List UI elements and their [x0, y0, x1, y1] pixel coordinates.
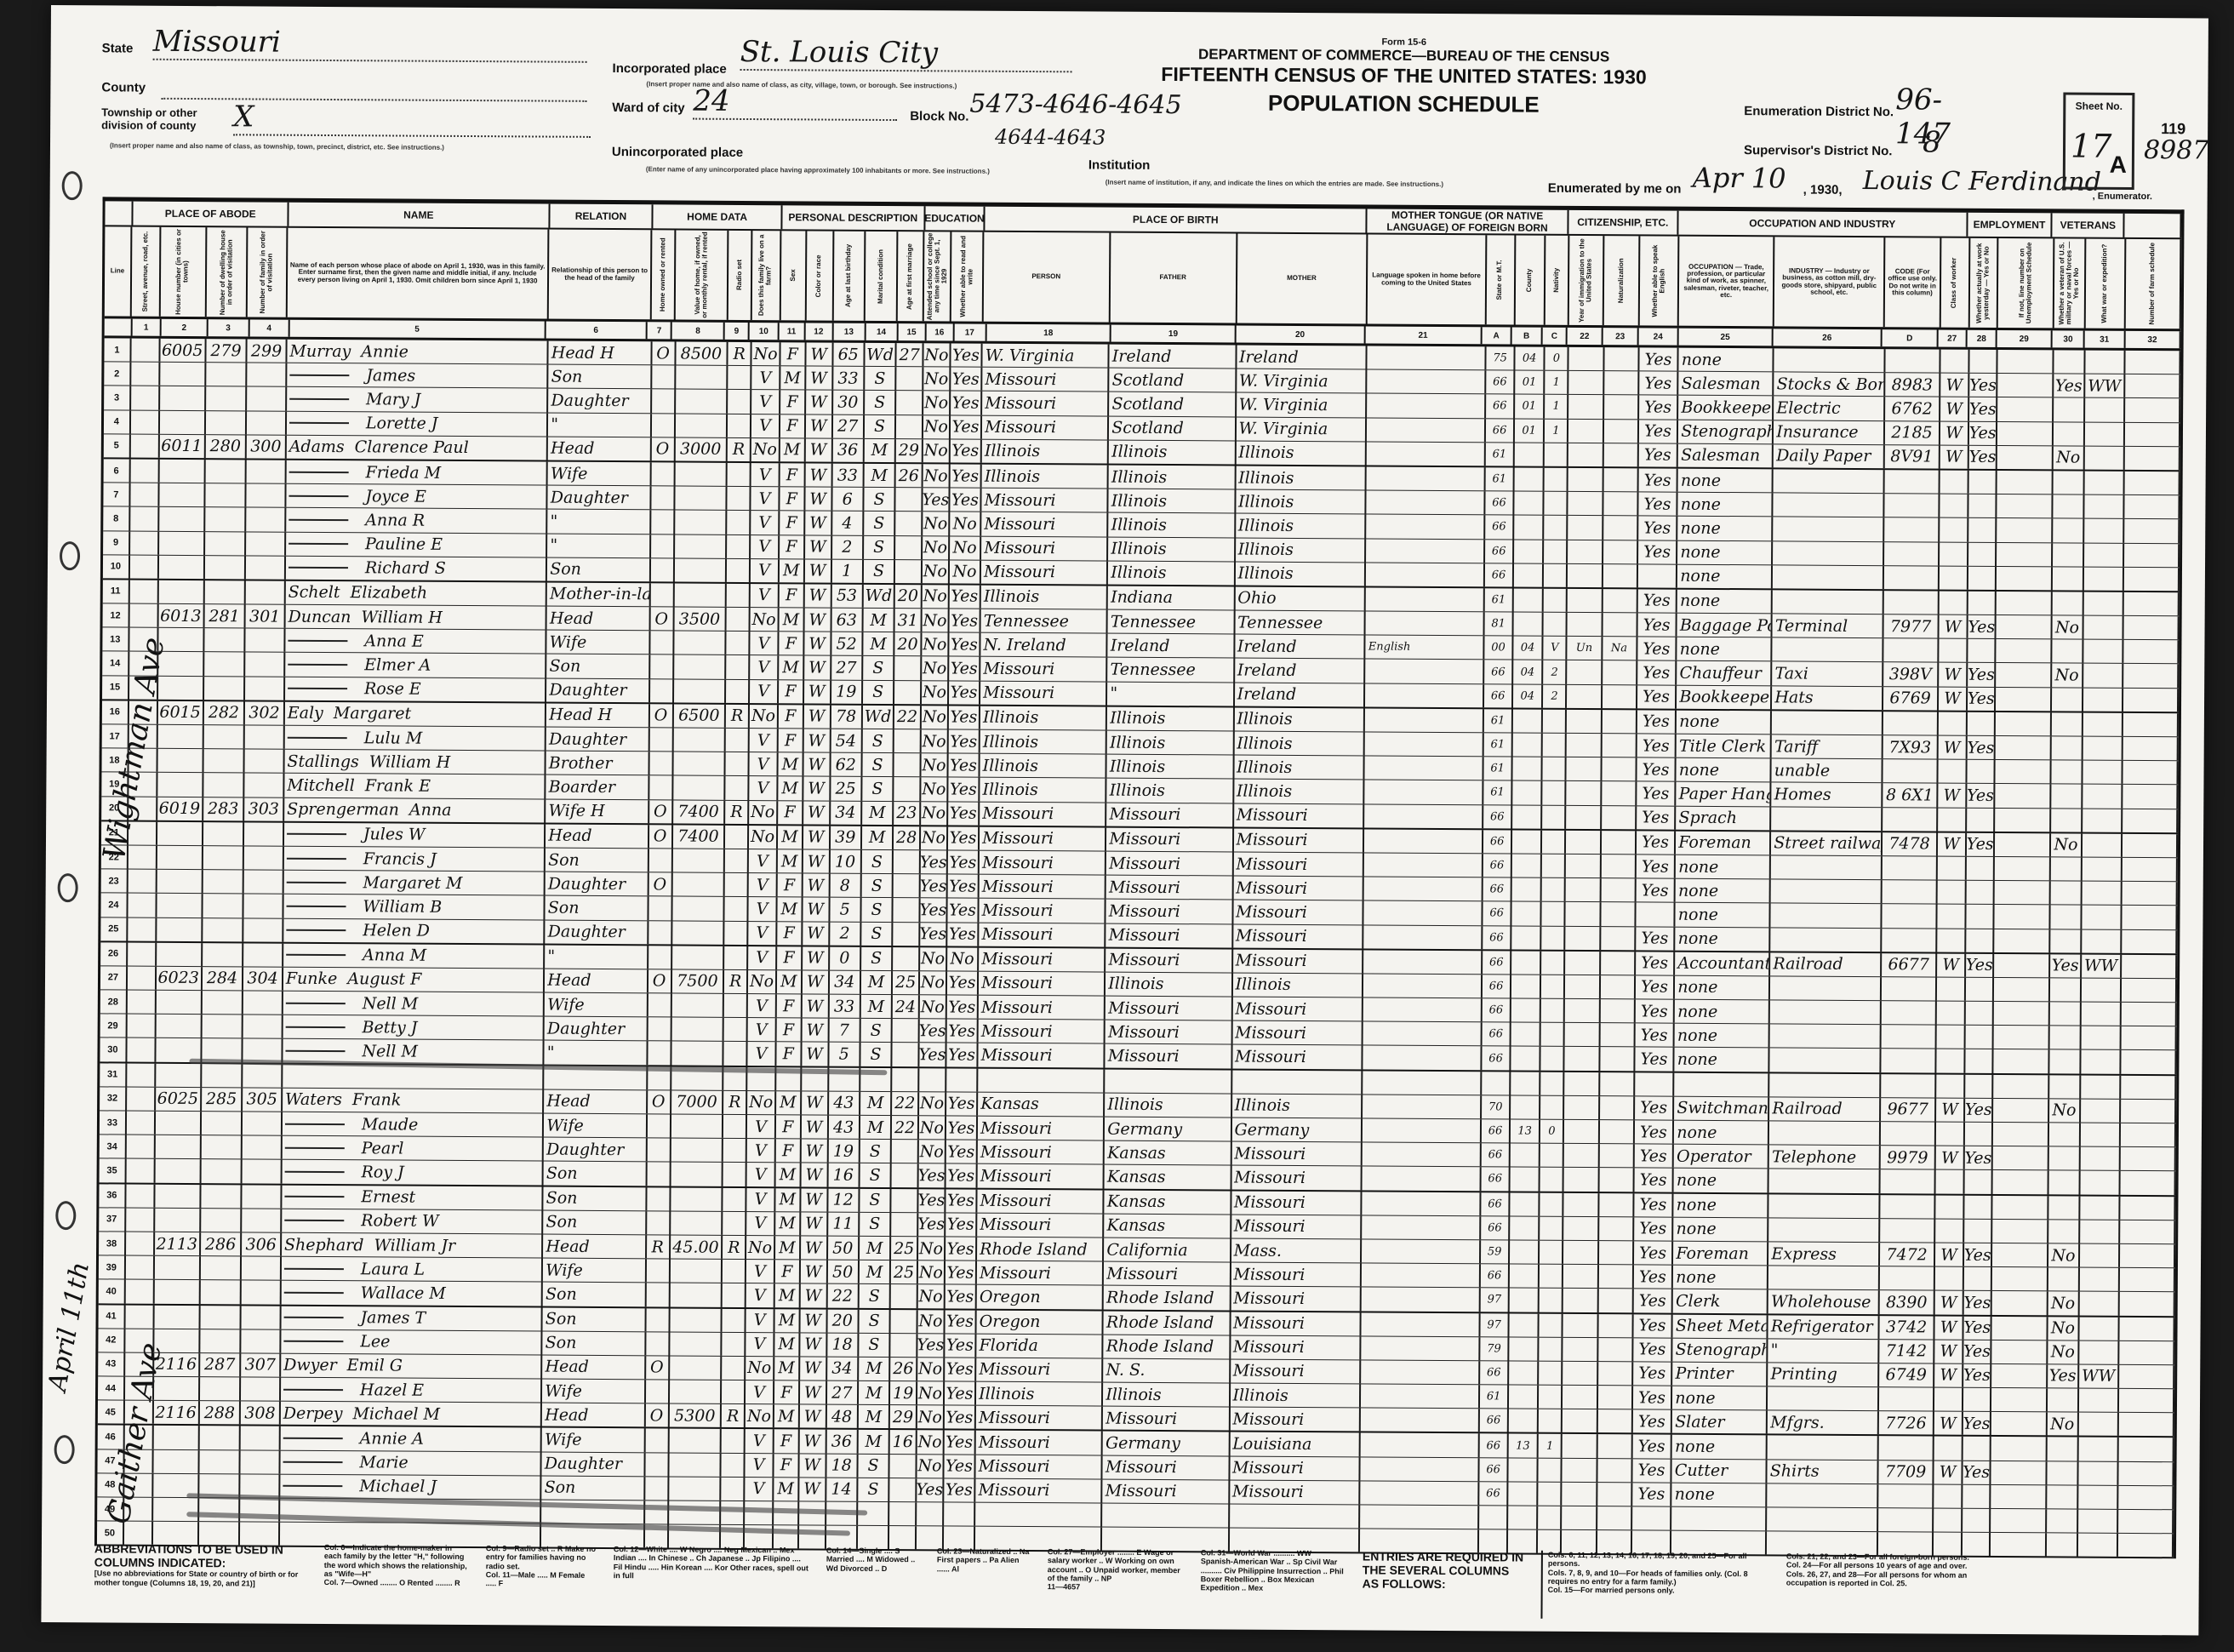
cell-relation: Daughter — [545, 1017, 648, 1041]
cell-dwelling — [203, 749, 245, 772]
cell-farm: V — [749, 897, 778, 920]
cell-immig — [1568, 564, 1603, 587]
cell-marital: S — [859, 1309, 891, 1332]
cell-mother: W. Virginia — [1236, 417, 1367, 441]
cell-class — [1937, 1049, 1966, 1072]
cell-name: DerpeyMichael M — [281, 1402, 543, 1426]
cell-family: 302 — [245, 701, 285, 724]
cell-owned — [652, 366, 676, 389]
cell-race: W — [806, 391, 833, 414]
cell-line: 21 — [101, 821, 129, 844]
cell-house: 6015 — [157, 701, 203, 725]
cell-codeC: 1 — [1545, 419, 1568, 442]
cell-race: W — [804, 584, 831, 607]
cell-marital: S — [860, 1019, 893, 1042]
cell-class — [1934, 1484, 1963, 1507]
cell-relation: Wife — [547, 631, 650, 655]
cell-dwelling: 279 — [206, 339, 248, 362]
cell-marital: S — [862, 850, 894, 873]
cell-house — [156, 1112, 202, 1135]
cell-dwelling — [203, 894, 244, 917]
cell-war — [2080, 1268, 2120, 1291]
cell-radio — [725, 873, 749, 896]
column-number: 4 — [250, 319, 290, 336]
cell-codeD: 8 6X1 — [1883, 784, 1938, 808]
cell-race: W — [803, 970, 830, 993]
cell-relation: Son — [543, 1210, 646, 1234]
cell-age: 43 — [829, 1091, 861, 1114]
col14-note: Col. 14—Single .... S Married .... M Wid… — [826, 1546, 919, 1615]
cell-owned — [648, 1042, 671, 1065]
cell-value — [671, 1187, 723, 1211]
cell-codeB — [1514, 540, 1545, 563]
cell-codeC: V — [1544, 637, 1568, 660]
cell-read: No — [950, 536, 982, 559]
cell-codeC — [1542, 926, 1566, 949]
cell-street — [125, 1305, 154, 1328]
cell-school: No — [922, 633, 949, 656]
cell-house — [158, 580, 204, 604]
cell-vet — [2048, 1171, 2081, 1194]
cell-lang — [1365, 683, 1484, 707]
cell-school: No — [917, 1405, 945, 1428]
cell-age_marr: 27 — [897, 343, 924, 366]
cell-street — [129, 749, 157, 772]
cell-vet: No — [2048, 1292, 2080, 1315]
cell-sex: F — [779, 680, 804, 703]
cell-age: 54 — [831, 729, 863, 752]
cell-radio — [728, 487, 751, 510]
cell-house — [156, 991, 202, 1015]
cell-class — [1936, 1074, 1965, 1097]
cell-immig — [1564, 1192, 1599, 1215]
cell-radio: R — [723, 1236, 746, 1259]
cell-birth: Missouri — [980, 851, 1106, 875]
cell-father: Illinois — [1107, 779, 1234, 803]
cell-industry — [1770, 976, 1882, 1000]
column-header: If not, line number on Unemployment Sche… — [1998, 238, 2054, 328]
column-header: Whether actually at work yesterday — Yes… — [1969, 238, 1998, 328]
cell-radio — [721, 1478, 745, 1501]
cell-lang — [1365, 804, 1484, 828]
given-name: Annie A — [360, 1429, 424, 1448]
cell-dwelling — [206, 411, 248, 434]
cell-owned — [651, 486, 675, 509]
cell-line: 6 — [104, 459, 131, 482]
cell-house — [155, 1159, 201, 1183]
cell-read: Yes — [949, 633, 981, 656]
cell-race: W — [806, 342, 833, 365]
cell-school: No — [923, 415, 951, 438]
cell-dwelling: 280 — [205, 435, 247, 458]
cell-industry — [1770, 1049, 1882, 1072]
cell-codeC — [1540, 1216, 1564, 1239]
cell-codeC — [1543, 734, 1567, 757]
cell-house — [154, 1280, 200, 1304]
cell-codeB: 01 — [1515, 395, 1546, 418]
cell-farmno — [2121, 1100, 2176, 1123]
column-number: 19 — [1111, 325, 1237, 343]
cell-street — [129, 821, 157, 844]
cell-race: W — [805, 463, 832, 486]
cell-english: Yes — [1639, 347, 1679, 370]
cell-lang — [1363, 1022, 1483, 1046]
cell-school: Yes — [919, 1164, 946, 1187]
cell-work: Yes — [1963, 1340, 1992, 1363]
cell-natur — [1600, 1072, 1635, 1095]
cell-unemp — [1996, 784, 2051, 808]
cell-industry — [1770, 1073, 1882, 1097]
column-group-header — [2125, 214, 2182, 237]
cell-relation: Head — [546, 824, 648, 848]
cell-codeD: 7142 — [1879, 1340, 1934, 1363]
column-group-header: PERSONAL DESCRIPTION — [782, 205, 925, 230]
cell-codeB — [1514, 467, 1545, 490]
township-value: X — [233, 100, 591, 138]
cell-vet — [2052, 688, 2084, 711]
cell-street — [128, 991, 157, 1014]
cell-codeC — [1539, 1458, 1563, 1481]
cell-war — [2079, 1461, 2119, 1484]
cell-lang — [1365, 732, 1484, 756]
column-number: 27 — [1938, 330, 1968, 347]
cell-relation: Head — [547, 607, 650, 631]
cell-lang — [1363, 1215, 1482, 1239]
cell-farmno — [2121, 1123, 2176, 1147]
cell-codeA: 66 — [1485, 563, 1514, 586]
cell-occupation: none — [1672, 1435, 1768, 1459]
cell-birth: Missouri — [982, 392, 1109, 415]
cell-farm: V — [749, 873, 778, 896]
cell-line: 41 — [99, 1305, 126, 1328]
cell-codeD: 9677 — [1881, 1098, 1936, 1122]
cell-name: MurrayAnnie — [287, 340, 549, 364]
cell-war: WW — [2082, 954, 2122, 977]
cell-radio — [728, 463, 751, 486]
cell-immig — [1568, 468, 1603, 491]
cell-mother: Missouri — [1233, 924, 1364, 948]
given-name: Wallace M — [361, 1283, 446, 1303]
cell-father: Illinois — [1109, 489, 1236, 513]
cell-race: W — [804, 705, 831, 728]
cell-occupation: Printer — [1672, 1363, 1768, 1386]
cell-work: Yes — [1968, 615, 1997, 638]
cell-class: W — [1934, 1461, 1963, 1483]
cell-codeC — [1539, 1506, 1563, 1529]
cell-farm: V — [751, 632, 780, 655]
cell-lang — [1365, 708, 1484, 732]
cell-codeA: 75 — [1487, 346, 1516, 369]
cell-line: 12 — [103, 603, 130, 626]
cell-farm: V — [746, 1429, 774, 1452]
cell-family — [243, 1136, 283, 1159]
cell-street — [130, 531, 159, 554]
cell-race: W — [800, 1284, 827, 1307]
cell-relation: Head — [542, 1403, 645, 1427]
column-group-header: VETERANS — [2053, 213, 2125, 237]
cell-occupation: none — [1677, 564, 1773, 588]
cell-codeC — [1544, 589, 1568, 612]
cell-codeD: 6769 — [1883, 687, 1939, 711]
cell-farmno — [2123, 809, 2178, 832]
cell-dwelling — [200, 1377, 242, 1400]
cell-unemp — [1995, 905, 2050, 929]
cell-codeB — [1512, 781, 1543, 804]
column-header-label: Number of family in order of visitation — [260, 229, 274, 317]
cell-birth: Oregon — [977, 1285, 1104, 1309]
cell-dwelling: 285 — [202, 1088, 243, 1111]
cell-immig — [1567, 685, 1602, 708]
cell-dwelling — [204, 653, 246, 676]
cell-value — [673, 752, 726, 776]
cell-unemp — [1998, 397, 2054, 421]
cell-english: Yes — [1638, 468, 1678, 491]
cell-street — [129, 580, 158, 603]
cell-read: Yes — [945, 1406, 977, 1429]
column-number: 11 — [780, 323, 806, 340]
cell-owned — [651, 414, 675, 437]
cell-codeD — [1881, 1074, 1936, 1098]
cell-marital: M — [860, 1237, 892, 1260]
cell-class — [1938, 808, 1967, 831]
cell-name: Betty J — [283, 1015, 545, 1040]
cell-unemp — [1997, 518, 2053, 542]
ward-label: Ward of city — [612, 100, 684, 116]
cell-natur — [1597, 1483, 1632, 1506]
cell-class: W — [1934, 1340, 1963, 1363]
cell-codeC — [1541, 1023, 1565, 1046]
cell-street — [131, 386, 160, 409]
cell-immig — [1565, 975, 1600, 998]
cell-english: Yes — [1632, 1459, 1672, 1482]
cell-war — [2080, 1244, 2120, 1267]
cell-race: W — [803, 753, 831, 776]
cell-codeA: 59 — [1481, 1240, 1510, 1263]
cell-occupation: none — [1673, 1266, 1768, 1289]
cell-radio — [724, 921, 748, 944]
cell-house — [155, 1184, 201, 1208]
cell-lang — [1368, 346, 1487, 369]
cell-farm: V — [751, 390, 780, 413]
cell-work: Yes — [1964, 1243, 1993, 1266]
cell-work — [1963, 1437, 1991, 1460]
cell-farm: V — [745, 1478, 774, 1501]
column-header: Age at first marriage — [897, 232, 925, 321]
cell-immig — [1566, 831, 1601, 854]
cell-read: Yes — [946, 1189, 978, 1212]
cell-dwelling — [204, 628, 246, 651]
cell-work — [1965, 1049, 1994, 1072]
cell-relation: Son — [544, 1162, 647, 1186]
cell-class — [1938, 905, 1967, 928]
cell-owned: O — [651, 437, 675, 460]
cell-vet — [2053, 519, 2085, 542]
cell-vet — [2048, 1388, 2080, 1411]
cell-farm: V — [746, 1212, 775, 1235]
cell-birth: Illinois — [976, 1382, 1103, 1406]
cell-family — [246, 580, 286, 603]
cell-radio — [723, 1260, 746, 1283]
cell-owned — [646, 1308, 670, 1331]
cell-read: Yes — [948, 850, 980, 873]
cell-war — [2082, 906, 2122, 929]
cell-immig — [1569, 395, 1604, 418]
column-header: Value of home, if owned, or monthly rent… — [676, 230, 728, 319]
cell-radio — [724, 1042, 748, 1065]
cell-owned: O — [645, 1404, 669, 1427]
cell-age_marr — [894, 923, 921, 946]
enumerated-label: Enumerated by me on — [1548, 181, 1682, 197]
cell-read: Yes — [947, 971, 980, 994]
given-name: Nell M — [362, 1042, 418, 1060]
cell-street — [128, 894, 157, 917]
cell-codeB — [1513, 734, 1544, 757]
cell-farm: V — [750, 655, 779, 678]
cell-owned: O — [648, 1090, 671, 1113]
cell-age: 19 — [831, 680, 864, 703]
cell-english: Yes — [1637, 685, 1677, 708]
cell-value: 7000 — [671, 1090, 724, 1114]
cell-school: No — [921, 753, 948, 776]
cell-class — [1940, 518, 1968, 541]
cell-age: 8 — [830, 874, 862, 897]
cell-codeC — [1541, 975, 1565, 998]
cell-father: Illinois — [1109, 440, 1236, 464]
cell-war — [2082, 929, 2122, 952]
cell-relation: Head — [544, 1089, 647, 1113]
cell-dwelling — [201, 1135, 243, 1158]
cell-sex: M — [774, 1357, 800, 1380]
cell-lang — [1363, 950, 1483, 974]
cell-vet — [2050, 929, 2083, 952]
cell-occupation: none — [1677, 637, 1773, 661]
cell-name: Mary J — [287, 387, 549, 412]
cell-family: 299 — [248, 339, 288, 362]
column-number: 24 — [1639, 328, 1679, 345]
given-name: Robert W — [361, 1212, 439, 1232]
cell-sex: F — [776, 1115, 802, 1138]
cell-farmno — [2121, 1076, 2176, 1100]
cell-class — [1940, 542, 1968, 565]
cell-immig — [1563, 1434, 1597, 1457]
cell-codeC — [1545, 492, 1568, 515]
block-value-line2: 4644-4643 — [995, 125, 1106, 150]
cell-lang — [1364, 877, 1483, 901]
entries-rule: Cols. 26, 27, and 28—For all persons for… — [1786, 1569, 2008, 1588]
cell-marital: S — [862, 777, 894, 800]
cell-work: Yes — [1963, 1291, 1992, 1314]
county-value — [161, 64, 586, 102]
cell-codeC — [1543, 781, 1567, 804]
cell-relation: Wife — [548, 462, 651, 486]
column-header-label: Number of farm schedule — [2149, 243, 2157, 325]
cell-father: Illinois — [1109, 466, 1236, 489]
col27-note: Col. 27—Employer ........ E Wage or sala… — [1048, 1547, 1184, 1583]
col9-note: Col. 9—Radio set .. R Make no entry for … — [486, 1544, 597, 1571]
cell-birth: Missouri — [979, 1020, 1106, 1043]
cell-age: 36 — [826, 1430, 859, 1453]
given-name: Lorette J — [366, 414, 438, 433]
cell-codeC — [1542, 878, 1566, 901]
column-header: Nativity — [1546, 236, 1570, 325]
column-header-label: Nativity — [1553, 268, 1561, 293]
surname: Mitchell — [287, 776, 355, 795]
entries-rule: Cols. 6, 11, 12, 13, 14, 16, 17, 18, 19,… — [1548, 1551, 1769, 1569]
column-header: PERSON — [983, 232, 1111, 323]
cell-name: MitchellFrank E — [284, 774, 546, 798]
cell-english: Yes — [1633, 1289, 1673, 1312]
cell-radio — [725, 776, 749, 799]
cell-age: 16 — [828, 1163, 860, 1186]
cell-birth: Missouri — [980, 875, 1106, 899]
cell-read: Yes — [947, 923, 980, 946]
cell-english: Yes — [1637, 806, 1677, 829]
cell-english: Yes — [1637, 758, 1677, 781]
cell-mother: Ireland — [1235, 683, 1366, 706]
cell-farmno — [2122, 929, 2177, 953]
cell-read: Yes — [951, 368, 983, 391]
cell-work: Yes — [1967, 784, 1996, 807]
cell-lang — [1367, 515, 1486, 539]
cell-read: Yes — [946, 1237, 978, 1260]
cell-codeD — [1879, 1437, 1934, 1461]
block-label: Block No. — [910, 109, 968, 123]
cell-birth: Missouri — [976, 1455, 1103, 1478]
cell-occupation: Slater — [1672, 1410, 1768, 1434]
cell-codeB — [1514, 588, 1545, 611]
cell-birth: Missouri — [978, 1140, 1105, 1164]
cell-school: No — [923, 585, 950, 608]
cell-occupation: none — [1673, 1217, 1768, 1241]
cell-marital: S — [860, 1163, 892, 1186]
cell-radio — [722, 1429, 746, 1452]
cell-street — [124, 1498, 153, 1521]
cell-farm: V — [750, 776, 779, 799]
cell-industry — [1773, 638, 1884, 662]
cell-school: Yes — [920, 899, 947, 922]
cell-immig — [1566, 926, 1601, 949]
cell-occupation: Chauffeur — [1677, 661, 1772, 685]
cell-radio — [722, 1380, 746, 1403]
cell-immig — [1564, 1168, 1599, 1191]
cell-class — [1934, 1509, 1963, 1532]
cell-race: W — [806, 367, 833, 390]
cell-race: W — [802, 994, 829, 1017]
cell-natur — [1599, 1120, 1634, 1143]
cell-relation: Daughter — [542, 1452, 645, 1476]
cell-marital: M — [865, 439, 897, 462]
cell-family — [241, 1450, 281, 1473]
cell-value — [669, 1453, 722, 1477]
given-name: Lee — [360, 1333, 390, 1352]
cell-owned — [650, 558, 674, 581]
cell-industry — [1768, 1483, 1879, 1507]
cell-occupation: none — [1677, 590, 1773, 614]
cell-street — [125, 1377, 154, 1400]
cell-father: Illinois — [1105, 1093, 1231, 1117]
ed-label: Enumeration District No. — [1744, 104, 1894, 119]
cell-street — [129, 652, 158, 675]
cell-value — [672, 921, 725, 945]
cell-vet — [2052, 592, 2084, 614]
cell-street — [126, 1135, 155, 1158]
cell-natur — [1599, 1193, 1634, 1216]
cell-name: Robert W — [282, 1209, 544, 1233]
cell-radio — [726, 752, 750, 775]
cell-farm: V — [746, 1260, 775, 1283]
cell-age: 30 — [833, 391, 866, 414]
cell-value — [674, 583, 727, 607]
